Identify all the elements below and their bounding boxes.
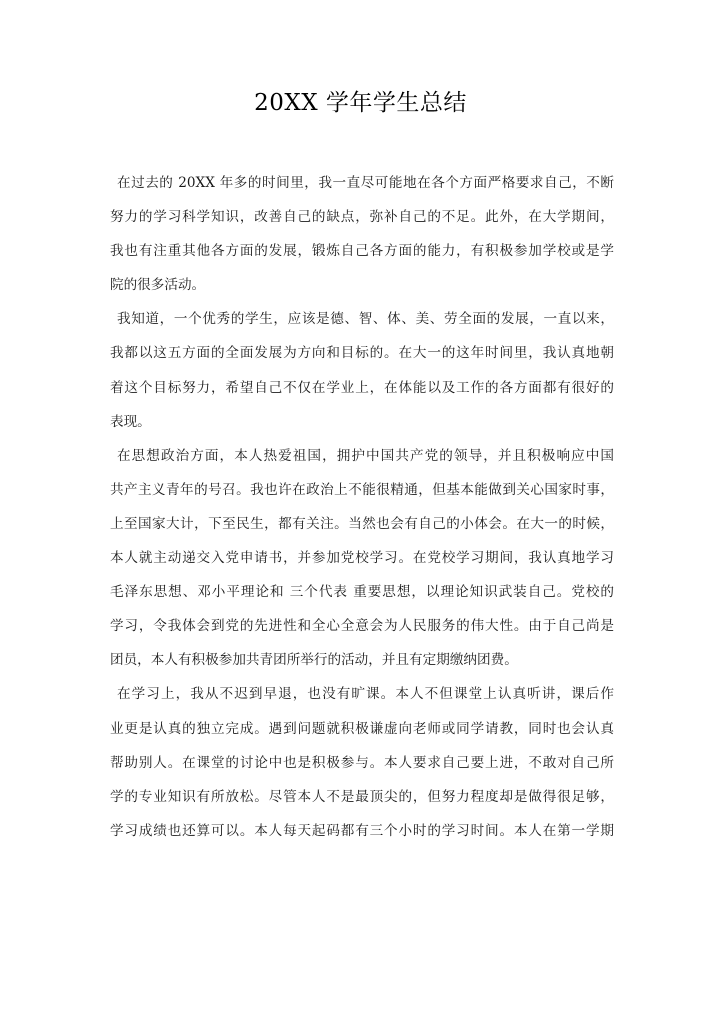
text-line: 表现。	[110, 405, 614, 439]
paragraph-goals: 我知道，一个优秀的学生，应该是德、智、体、美、劳全面的发展，一直以来， 我都以这…	[110, 302, 614, 438]
text-line: 学的专业知识有所放松。尽管本人不是最顶尖的，但努力程度却是做得很足够，	[110, 780, 614, 814]
text-line: 在学习上，我从不迟到早退，也没有旷课。本人不但课堂上认真听讲，课后作	[110, 677, 614, 711]
text-line: 上至国家大计，下至民生，都有关注。当然也会有自己的小体会。在大一的时候，	[110, 507, 614, 541]
document-title: 20XX 学年学生总结	[0, 86, 721, 120]
text-line: 团员，本人有积极参加共青团所举行的活动，并且有定期缴纳团费。	[110, 643, 614, 677]
text-line: 帮助别人。在课堂的讨论中也是积极参与。本人要求自己要上进，不敢对自己所	[110, 746, 614, 780]
text-line: 学习成绩也还算可以。本人每天起码都有三个小时的学习时间。本人在第一学期	[110, 814, 614, 848]
text-line: 院的很多活动。	[110, 268, 614, 302]
text-line: 毛泽东思想、邓小平理论和 三个代表 重要思想，以理论知识武装自己。党校的	[110, 575, 614, 609]
paragraph-study: 在学习上，我从不迟到早退，也没有旷课。本人不但课堂上认真听讲，课后作 业更是认真…	[110, 677, 614, 847]
document-page: 20XX 学年学生总结 在过去的 20XX 年多的时间里，我一直尽可能地在各个方…	[0, 0, 721, 1020]
text-line: 在过去的 20XX 年多的时间里，我一直尽可能地在各个方面严格要求自己，不断	[110, 166, 614, 200]
paragraph-intro: 在过去的 20XX 年多的时间里，我一直尽可能地在各个方面严格要求自己，不断 努…	[110, 166, 614, 302]
text-line: 着这个目标努力，希望自己不仅在学业上，在体能以及工作的各方面都有很好的	[110, 371, 614, 405]
text-line: 我也有注重其他各方面的发展，锻炼自己各方面的能力，有积极参加学校或是学	[110, 234, 614, 268]
text-line: 学习，令我体会到党的先进性和全心全意会为人民服务的伟大性。由于自己尚是	[110, 609, 614, 643]
document-body: 在过去的 20XX 年多的时间里，我一直尽可能地在各个方面严格要求自己，不断 努…	[110, 166, 614, 848]
text-line: 在思想政治方面，本人热爱祖国，拥护中国共产党的领导，并且积极响应中国	[110, 439, 614, 473]
text-line: 共产主义青年的号召。我也许在政治上不能很精通，但基本能做到关心国家时事，	[110, 473, 614, 507]
paragraph-politics: 在思想政治方面，本人热爱祖国，拥护中国共产党的领导，并且积极响应中国 共产主义青…	[110, 439, 614, 678]
text-line: 我知道，一个优秀的学生，应该是德、智、体、美、劳全面的发展，一直以来，	[110, 302, 614, 336]
text-line: 业更是认真的独立完成。遇到问题就积极谦虚向老师或同学请教，同时也会认真	[110, 712, 614, 746]
text-line: 我都以这五方面的全面发展为方向和目标的。在大一的这年时间里，我认真地朝	[110, 336, 614, 370]
text-line: 努力的学习科学知识，改善自己的缺点，弥补自己的不足。此外，在大学期间，	[110, 200, 614, 234]
text-line: 本人就主动递交入党申请书，并参加党校学习。在党校学习期间，我认真地学习	[110, 541, 614, 575]
